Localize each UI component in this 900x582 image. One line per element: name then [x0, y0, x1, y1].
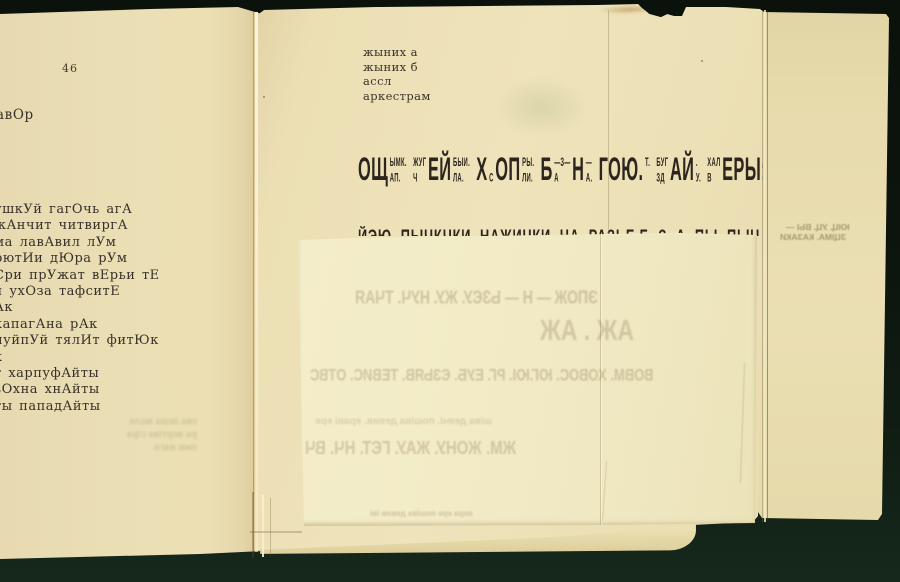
display-glyph-stack: —А.	[586, 157, 592, 183]
page-gap-line	[767, 10, 768, 520]
gutter-shadow	[253, 12, 254, 552]
text-line: капагАна рАк	[0, 317, 160, 333]
cutoff-word: авОр	[0, 107, 34, 123]
showthrough-text: ЮІЦ. УЦ. ВЫ —	[786, 222, 850, 232]
sheet-edge	[252, 492, 254, 558]
display-glyph-small: АП.	[390, 172, 407, 183]
showthrough-text: шіва девчі. пошіва девив. ераві ере	[315, 416, 492, 427]
display-glyph-small: Ч	[413, 172, 426, 183]
text-line: Ак	[0, 300, 160, 316]
display-glyph-stack: .У.	[696, 157, 701, 183]
display-glyph-small: БУГ	[656, 157, 668, 168]
display-glyph-big: Н	[572, 157, 584, 183]
paper-speck	[263, 96, 265, 98]
insert-sheet: ЭПОЖ — Н — ЬЗЄУ. ЖУ. НУЧ. ТЧАЯ АЖ . АЖ В…	[298, 233, 758, 526]
display-glyph-small: У.	[696, 172, 701, 183]
display-glyph-small: С	[489, 172, 494, 183]
display-glyph-stack: БЫИ.ЛА.	[453, 157, 470, 183]
paper-stain	[495, 78, 587, 136]
zaum-display-line: ОЩЫМК.АП.ЖУГЧЕЙБЫИ.ЛА.Х СОПРЫ.ЛИ.Б—З—АН—…	[358, 155, 799, 183]
display-glyph-small: —З—	[554, 157, 570, 168]
left-page: 46 авОр ушкУй гагОчь агАжАнчит читвиргАм…	[0, 0, 262, 560]
display-glyph-small: А.	[586, 172, 592, 183]
paper-wrinkle	[602, 461, 607, 521]
text-line: ра вертіва сіра	[12, 429, 197, 442]
display-glyph-small: ЗД	[656, 172, 668, 183]
display-glyph-small: ЫМК.	[390, 157, 407, 168]
showthrough-text: ова інша малара вертіва сіраоми наго	[12, 416, 197, 455]
display-glyph-small: —	[586, 157, 592, 168]
display-glyph-small	[489, 157, 494, 168]
display-glyph-small: А	[554, 172, 570, 183]
display-glyph-small: Т.	[645, 157, 650, 168]
text-line: ма лавАвил лУм	[0, 235, 160, 251]
display-glyph-big: Х	[476, 157, 487, 183]
paper-speck	[701, 60, 703, 62]
display-glyph-small: ХАЛ	[707, 157, 720, 168]
display-glyph-small: ЛА.	[453, 172, 470, 183]
text-line: ова інша мала	[12, 416, 197, 429]
display-glyph-stack: Т.	[645, 157, 650, 183]
text-line: ассл	[363, 74, 431, 89]
display-glyph-big: ЕЙ	[428, 157, 451, 183]
showthrough-text: АЖ . АЖ	[540, 314, 634, 348]
word-list: жыних ажыних бассларкестрам	[363, 45, 431, 103]
text-line: ушкУй гагОчь агА	[0, 202, 160, 218]
display-glyph-stack: ЫМК.АП.	[390, 157, 407, 183]
display-glyph-small: В	[707, 172, 720, 183]
text-line: жАнчит читвиргА	[0, 218, 160, 234]
display-glyph-small: .	[696, 157, 701, 168]
showthrough-text: ЗЦІМА. КАЗАКИ	[780, 232, 846, 242]
display-glyph-stack: РЫ.ЛИ.	[522, 157, 534, 183]
showthrough-text: ЖМ. ЖОНУ. ЖАУ. ГЄТ. НЧ. ВЧ	[305, 438, 516, 459]
display-glyph-big: ЕРЫ:	[722, 157, 767, 183]
text-line: жыних б	[363, 60, 431, 75]
display-glyph-small: РЫ.	[522, 157, 534, 168]
text-line: я ухОза тафситЕ	[0, 284, 160, 300]
poem-text: ушкУй гагОчь агАжАнчит читвиргАма лавАви…	[0, 202, 160, 415]
display-glyph-small: БЫИ.	[453, 157, 470, 168]
display-glyph-big: Б	[541, 157, 553, 183]
page-crease	[608, 10, 609, 234]
fore-edge-highlight	[764, 10, 766, 522]
showthrough-text: ЭПОЖ — Н — ЬЗЄУ. ЖУ. НУЧ. ТЧАЯ	[355, 287, 598, 308]
display-glyph-small: ЛИ.	[522, 172, 534, 183]
text-line: оми наго	[12, 442, 197, 455]
fore-edge-line	[762, 10, 763, 522]
sheet-edge	[250, 531, 302, 533]
text-line: рютИи дЮра рУм	[0, 251, 160, 267]
book-photo: ЮІЦ. УЦ. ВЫ — ЗЦІМА. КАЗАКИ 46 авОр ушкУ…	[0, 0, 900, 582]
text-line: пуйпУй тялИт фитЮк	[0, 333, 160, 349]
showthrough-text: ВОВМ. ХОВОС. ЮГ.ЮІ. РГ. ЕУБ. ЄЗЬЯВ. ТЕВИ…	[310, 365, 653, 385]
display-glyph-stack: ЖУГЧ	[413, 157, 426, 183]
text-line: жыних а	[363, 45, 431, 60]
text-line: к	[0, 350, 160, 366]
gutter-highlight	[255, 12, 258, 552]
display-glyph-stack: БУГЗД	[656, 157, 668, 183]
text-line: Сри прУжат вЕрьи тЕ	[0, 268, 160, 284]
display-glyph-stack: ХАЛВ	[707, 157, 720, 183]
paper-wrinkle	[740, 363, 745, 483]
text-line: т харпуфАйты	[0, 366, 160, 382]
page-number: 46	[62, 62, 78, 75]
display-glyph-stack: —З—А	[554, 157, 570, 183]
under-page: ЮІЦ. УЦ. ВЫ — ЗЦІМА. КАЗАКИ	[758, 12, 890, 524]
display-glyph-big: ОЩ	[358, 157, 388, 183]
text-line: зОхна хнАйты	[0, 382, 160, 398]
text-line: аркестрам	[363, 89, 431, 104]
text-line: ты пападАйты	[0, 399, 160, 415]
sheet-edge	[270, 498, 271, 556]
display-glyph-small: ЖУГ	[413, 157, 426, 168]
display-glyph-big: ОП	[495, 157, 520, 183]
display-glyph-big: ГОЮ.	[599, 157, 644, 183]
showthrough-text: вера ере пошіва девив іві	[370, 509, 473, 518]
display-glyph-stack: С	[489, 157, 494, 183]
display-glyph-small	[645, 172, 650, 183]
sheet-edge-highlight	[262, 495, 264, 557]
display-glyph-big: АЙ	[670, 157, 694, 183]
